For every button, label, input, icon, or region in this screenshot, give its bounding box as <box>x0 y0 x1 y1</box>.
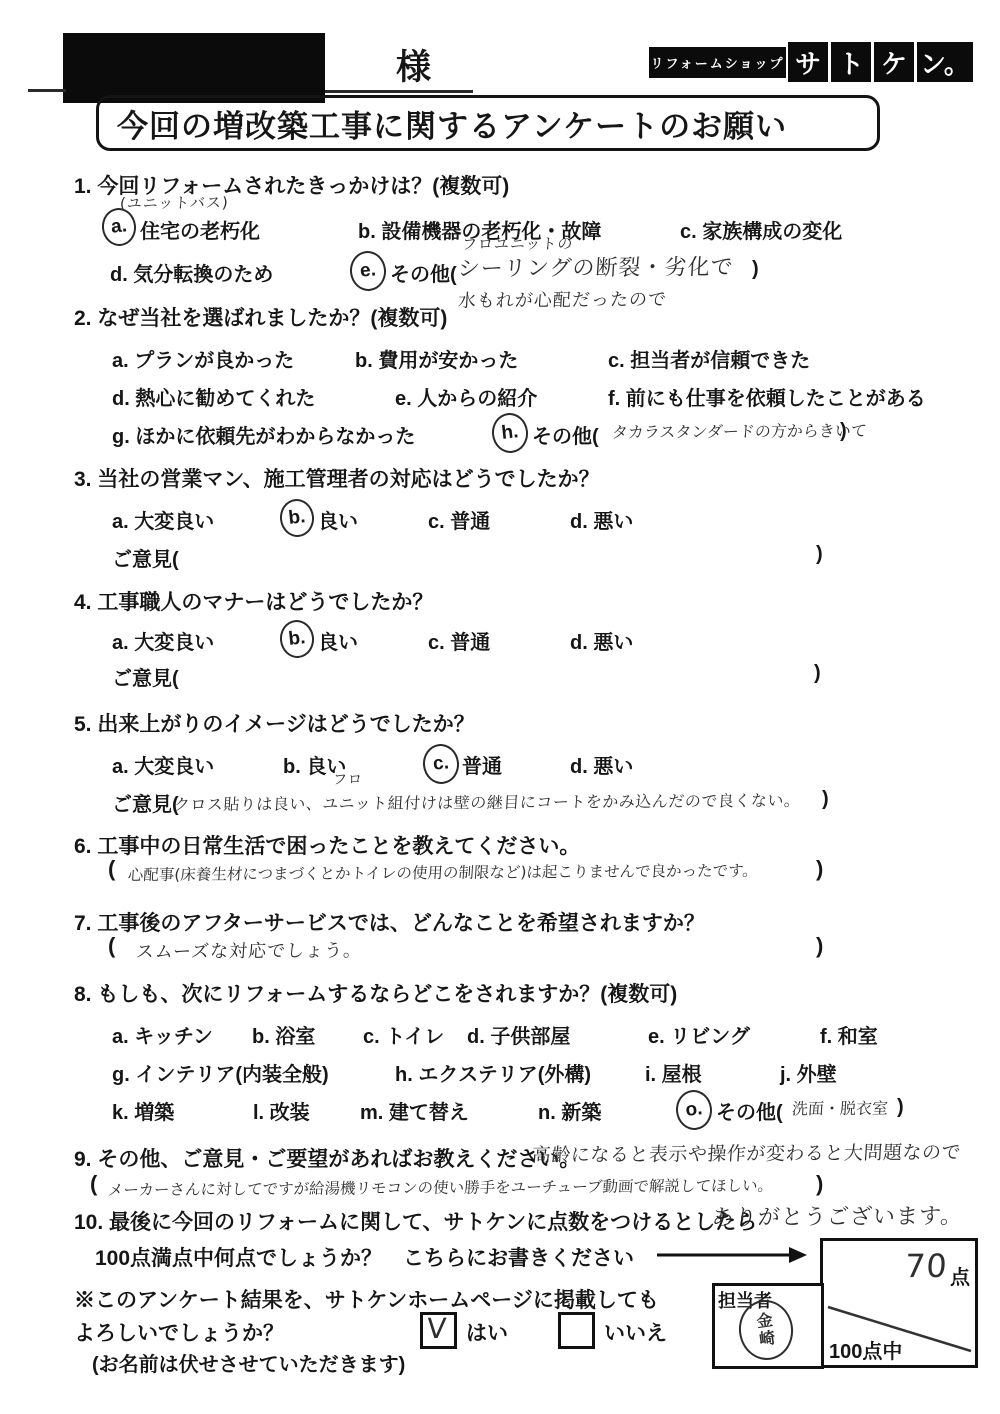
publish-yes-label: はい <box>466 1317 508 1347</box>
q1-a-text: 住宅の老朽化 <box>140 215 260 244</box>
q2-h-answer-handwriting: タカラスタンダードの方からきいて <box>611 418 867 443</box>
score-denominator: 100点中 <box>829 1335 902 1364</box>
q3-d: d. 悪い <box>570 505 633 534</box>
q9-close: ) <box>816 1171 823 1197</box>
q5-c-letter: c. <box>432 752 450 776</box>
q2-h-letter: h. <box>500 421 519 445</box>
q4-b-circle-mark: b. <box>278 618 316 659</box>
q8-k: k. 増築 <box>112 1096 174 1125</box>
q8-f: f. 和室 <box>820 1020 878 1049</box>
publish-line2: よろしいでしょうか？ <box>74 1317 284 1347</box>
q8-label: 8. もしも、次にリフォームするならどこをされますか？(複数可) <box>74 978 677 1008</box>
q8-n: n. 新築 <box>538 1096 601 1125</box>
q6-open: ( <box>108 856 115 882</box>
logo-tile: ン。 <box>917 42 973 82</box>
q8-o-circle-mark: o. <box>674 1088 714 1132</box>
q3-a: a. 大変良い <box>112 505 214 534</box>
q2-h-close: ) <box>840 420 847 443</box>
q7-answer-handwriting: スムーズな対応でしょう。 <box>135 936 363 964</box>
q8-e: e. リビング <box>648 1020 750 1049</box>
stamp-char-2: 崎 <box>758 1329 776 1349</box>
q8-i: i. 屋根 <box>645 1058 702 1087</box>
publish-no-label: いいえ <box>604 1317 667 1347</box>
q6-close: ) <box>816 856 823 882</box>
publish-note: (お名前は伏せさせていただきます) <box>92 1348 405 1377</box>
q10-line1: 10. 最後に今回のリフォームに関して、サトケンに点数をつけるとしたら <box>74 1206 757 1236</box>
arrow-right-icon <box>655 1246 807 1264</box>
q3-b-letter: b. <box>287 506 306 530</box>
name-line-left <box>28 89 66 92</box>
q4-comment-label: ご意見( <box>112 662 179 691</box>
q3-b-text: 良い <box>318 505 358 534</box>
name-underline <box>325 90 473 93</box>
q2-c: c. 担当者が信頼できた <box>608 344 810 373</box>
q4-d: d. 悪い <box>570 626 633 655</box>
publish-line1: ※このアンケート結果を、サトケンホームページに掲載しても <box>74 1284 659 1314</box>
q7-label: 7. 工事後のアフターサービスでは、どんなことを希望されますか？ <box>74 907 705 937</box>
q1-d: d. 気分転換のため <box>110 258 273 287</box>
q2-e: e. 人からの紹介 <box>395 382 537 411</box>
q1-a-note-handwriting: (ユニットバス) <box>119 192 229 214</box>
q1-a-letter: a. <box>110 215 128 239</box>
q8-o-letter: o. <box>684 1098 703 1122</box>
q1-c: c. 家族構成の変化 <box>680 215 842 244</box>
q3-comment-close: ) <box>816 543 823 566</box>
q5-note-above-handwriting: フロ <box>332 769 363 789</box>
q7-open: ( <box>108 933 115 959</box>
q8-d: d. 子供部屋 <box>467 1020 570 1049</box>
page-title: 今回の増改築工事に関するアンケートのお願い <box>96 95 880 151</box>
q9-label: 9. その他、ご意見・ご要望があればお教えください。 <box>74 1143 580 1173</box>
q8-a: a. キッチン <box>112 1020 213 1049</box>
addressee-suffix: 様 <box>396 40 431 90</box>
staff-box: 担当者 金 崎 <box>712 1283 824 1369</box>
q6-label: 6. 工事中の日常生活で困ったことを教えてください。 <box>74 830 580 860</box>
q2-a: a. プランが良かった <box>112 344 294 373</box>
q1-e-circle-mark: e. <box>348 249 388 293</box>
q1-e-answer-handwriting: シーリングの断裂・劣化で <box>457 250 735 283</box>
score-value-handwriting: 70 <box>904 1247 949 1285</box>
checkbox-no <box>558 1312 595 1349</box>
q1-e-letter: e. <box>359 259 377 283</box>
q4-comment-close: ) <box>814 662 821 685</box>
q1-e-note-below-handwriting: 水もれが心配だったので <box>457 285 668 312</box>
checkmark-handwriting: V <box>426 1312 448 1345</box>
q8-c: c. トイレ <box>363 1020 444 1049</box>
q5-d: d. 悪い <box>570 750 633 779</box>
q2-h-text: その他( <box>532 420 599 449</box>
q5-label: 5. 出来上がりのイメージはどうでしたか？ <box>74 708 475 738</box>
q5-c-circle-mark: c. <box>421 742 461 786</box>
q8-b: b. 浴室 <box>252 1020 315 1049</box>
q2-d: d. 熱心に勧めてくれた <box>112 382 315 411</box>
logo-prefix-badge: リフォームショップ <box>649 47 786 78</box>
q8-m: m. 建て替え <box>360 1096 469 1125</box>
logo-satoken: サ ト ケ ン。 <box>788 42 973 82</box>
q5-a: a. 大変良い <box>112 750 214 779</box>
q3-c: c. 普通 <box>428 505 490 534</box>
score-box: 70 点 100点中 <box>820 1238 978 1368</box>
q8-g: g. インテリア(内装全般) <box>112 1058 329 1087</box>
q4-label: 4. 工事職人のマナーはどうでしたか？ <box>74 586 433 616</box>
q8-o-answer-handwriting: 洗面・脱衣室 <box>791 1096 889 1120</box>
q5-c-text: 普通 <box>462 750 502 779</box>
q4-b-letter: b. <box>287 627 306 651</box>
redacted-name-block <box>63 33 325 103</box>
logo-tile: ト <box>831 42 871 82</box>
q2-label: 2. なぜ当社を選ばれましたか？(複数可) <box>74 302 447 332</box>
q1-e-close: ) <box>752 258 759 281</box>
q3-label: 3. 当社の営業マン、施工管理者の対応はどうでしたか？ <box>74 463 600 493</box>
q9-open: ( <box>90 1171 97 1197</box>
q5-comment-close: ) <box>822 788 829 811</box>
q10-line2: 100点満点中何点でしょうか？ こちらにお書きください <box>95 1242 634 1272</box>
q3-b-circle-mark: b. <box>278 497 316 538</box>
logo-tile: ケ <box>874 42 914 82</box>
q2-b: b. 費用が安かった <box>355 344 518 373</box>
q7-close: ) <box>816 933 823 959</box>
logo-tile: サ <box>788 42 828 82</box>
q2-g: g. ほかに依頼先がわからなかった <box>112 420 415 449</box>
q6-answer-handwriting: 心配事(床養生材につまづくとかトイレの使用の制限など)は起こりませんで良かったで… <box>127 859 758 885</box>
q3-comment-label: ご意見( <box>112 543 179 572</box>
q8-j: j. 外壁 <box>780 1058 837 1087</box>
q8-o-text: その他( <box>716 1096 783 1125</box>
survey-page: 様 リフォームショップ サ ト ケ ン。 今回の増改築工事に関するアンケートのお… <box>0 0 1000 1414</box>
q9-answer-line1-handwriting: 高齢になると表示や操作が変わると大問題なので <box>531 1138 962 1168</box>
q10-thanks-handwriting: ありがとうございます。 <box>711 1199 964 1232</box>
q2-h-circle-mark: h. <box>490 411 530 455</box>
score-suffix: 点 <box>950 1261 970 1290</box>
q8-l: l. 改装 <box>253 1096 310 1125</box>
q4-a: a. 大変良い <box>112 626 214 655</box>
q5-comment-handwriting: クロス貼りは良い、ユニット組付けは壁の継目にコートをかみ込んだので良くない。 <box>173 788 801 815</box>
q9-answer-line2-handwriting: メーカーさんに対してですが給湯機リモコンの使い勝手をユーチューブ動画で解説してほ… <box>107 1174 774 1201</box>
checkbox-yes: V <box>420 1312 457 1349</box>
q1-e-text: その他( <box>390 258 457 287</box>
q2-f: f. 前にも仕事を依頼したことがある <box>608 382 926 411</box>
q4-b-text: 良い <box>318 626 358 655</box>
q4-c: c. 普通 <box>428 626 490 655</box>
q8-o-close: ) <box>897 1096 904 1119</box>
q5-comment-label: ご意見( <box>112 788 179 817</box>
q8-h: h. エクステリア(外構) <box>395 1058 591 1087</box>
